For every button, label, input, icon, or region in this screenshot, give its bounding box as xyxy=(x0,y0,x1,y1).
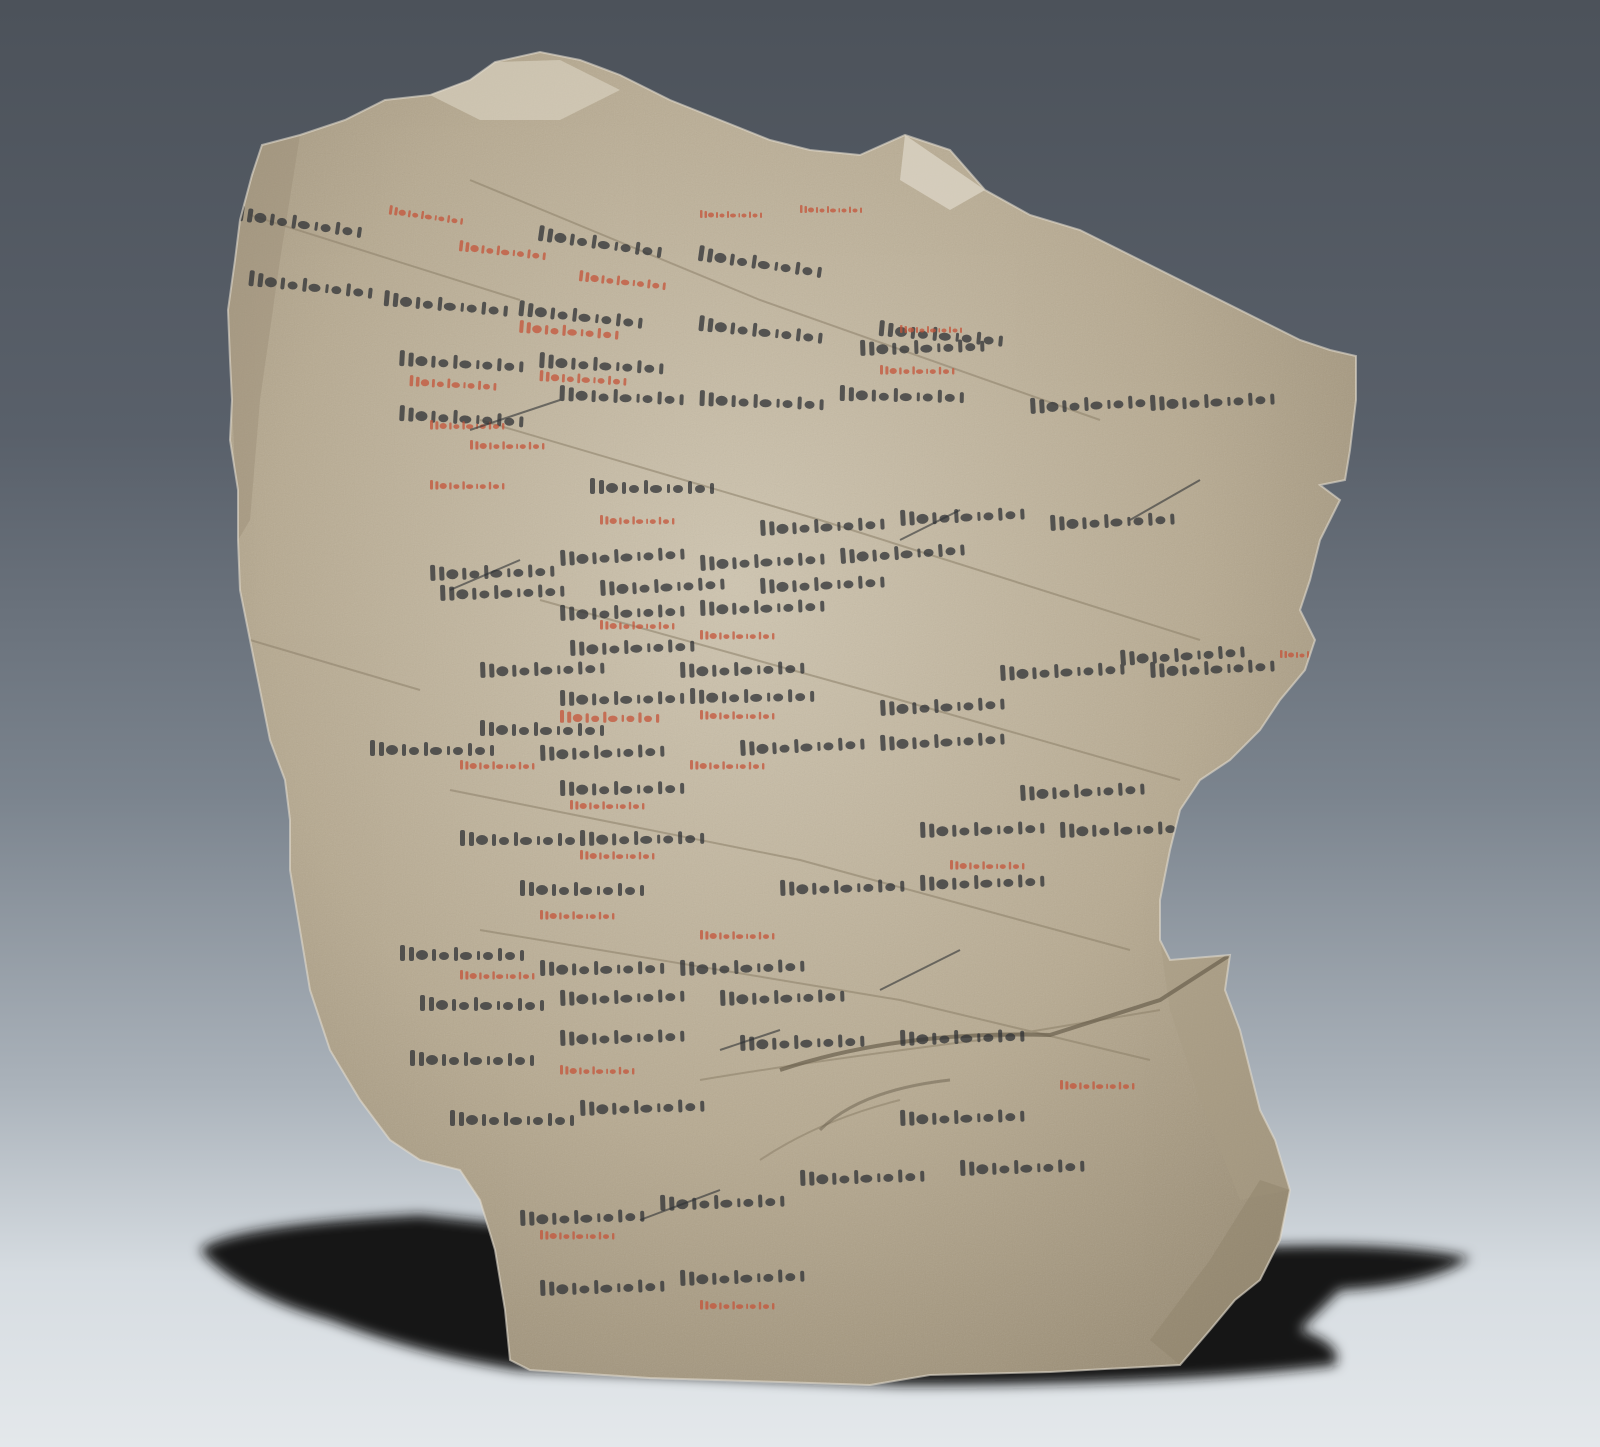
photo-scene: Limestone ostracon with hieratic inscrip… xyxy=(0,0,1600,1447)
ostracon-photo xyxy=(0,0,1600,1447)
